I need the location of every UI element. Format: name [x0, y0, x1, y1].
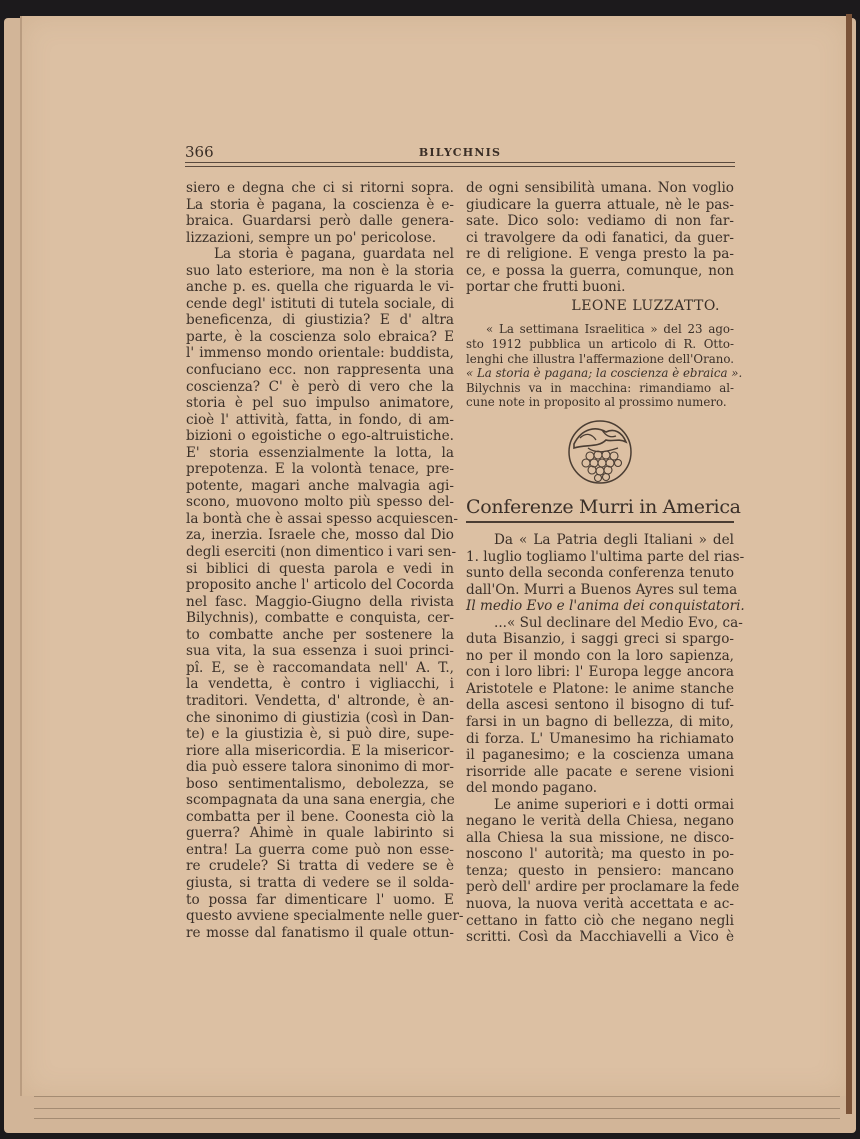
- note-line: « La settimana Israelitica » del 23 ago-: [466, 322, 734, 337]
- text-line: si biblici di questa parola e vedi in: [186, 561, 454, 578]
- text-line: confuciano ecc. non rappresenta una: [186, 362, 454, 379]
- text-line: Il medio Evo e l'anima dei conquistatori…: [466, 598, 734, 615]
- text-line: nel fasc. Maggio-Giugno della rivista: [186, 594, 454, 611]
- text-line: Da « La Patria degli Italiani » del: [466, 532, 734, 549]
- text-line: traditori. Vendetta, d' altronde, è an-: [186, 693, 454, 710]
- note-line: cune note in proposito al prossimo numer…: [466, 395, 734, 410]
- text-line: tenza; questo in pensiero: mancano: [466, 863, 734, 880]
- text-line: della ascesi sentono il bisogno di tuf-: [466, 697, 734, 714]
- section-body: Da « La Patria degli Italiani » del 1. l…: [466, 532, 734, 946]
- text-line: farsi in un bagno di bellezza, di mito,: [466, 714, 734, 731]
- text-line: portar che frutti buoni.: [466, 279, 734, 296]
- text-line: La storia è pagana, la coscienza è e-: [186, 197, 454, 214]
- right-column: de ogni sensibilità umana. Non voglio gi…: [466, 180, 734, 410]
- text-line: re di religione. E venga presto la pa-: [466, 246, 734, 263]
- text-line: coscienza? C' è però di vero che la: [186, 379, 454, 396]
- text-line: cioè l' attività, fatta, in fondo, di am…: [186, 412, 454, 429]
- text-line: sunto della seconda conferenza tenuto: [466, 565, 734, 582]
- text-line: cende degl' istituti di tutela sociale, …: [186, 296, 454, 313]
- text-line: però dell' ardire per proclamare la fede: [466, 879, 734, 896]
- text-line: La storia è pagana, guardata nel: [186, 246, 454, 263]
- text-line: di forza. L' Umanesimo ha richiamato: [466, 731, 734, 748]
- text-line: parte, è la coscienza solo ebraica? E: [186, 329, 454, 346]
- page-edge-line: [34, 1118, 840, 1119]
- text-line: proposito anche l' articolo del Cocorda: [186, 577, 454, 594]
- text-line: anche p. es. quella che riguarda le vi-: [186, 279, 454, 296]
- note-line: Bilychnis va in macchina: rimandiamo al-: [466, 381, 734, 396]
- note-line: sto 1912 pubblica un articolo di R. Otto…: [466, 337, 734, 352]
- text-line: prepotenza. E la volontà tenace, pre-: [186, 461, 454, 478]
- text-line: braica. Guardarsi però dalle genera-: [186, 213, 454, 230]
- text-line: dall'On. Murri a Buenos Ayres sul tema: [466, 582, 734, 599]
- text-line: Aristotele e Platone: le anime stanche: [466, 681, 734, 698]
- text-line: l' immenso mondo orientale: buddista,: [186, 345, 454, 362]
- text-line: ce, e possa la guerra, comunque, non: [466, 263, 734, 280]
- text-line: potente, magari anche malvagia agi-: [186, 478, 454, 495]
- section-title: Conferenze Murri in America: [466, 496, 734, 518]
- text-line: storia è pel suo impulso animatore,: [186, 395, 454, 412]
- text-line: de ogni sensibilità umana. Non voglio: [466, 180, 734, 197]
- text-line: dia può essere talora sinonimo di mor-: [186, 759, 454, 776]
- text-line: za, inerzia. Israele che, mosso dal Dio: [186, 527, 454, 544]
- text-line: riore alla misericordia. E la misericor-: [186, 743, 454, 760]
- section-rule: [466, 521, 734, 525]
- text-line: entra! La guerra come può non esse-: [186, 842, 454, 859]
- author-signature: LEONE LUZZATTO.: [466, 298, 734, 315]
- text-line: con i loro libri: l' Europa legge ancora: [466, 664, 734, 681]
- text-line: re mosse dal fanatismo il quale ottun-: [186, 925, 454, 942]
- text-line: pî. E, se è raccomandata nell' A. T.,: [186, 660, 454, 677]
- note-line: lenghi che illustra l'affermazione dell'…: [466, 352, 734, 367]
- text-line: del mondo pagano.: [466, 780, 734, 797]
- text-line: sate. Dico solo: vediamo di non far-: [466, 213, 734, 230]
- text-line: nuova, la nuova verità accettata e ac-: [466, 896, 734, 913]
- text-line: te) e la giustizia è, si può dire, supe-: [186, 726, 454, 743]
- editorial-note: « La settimana Israelitica » del 23 ago-…: [466, 322, 734, 410]
- text-line: giudicare la guerra attuale, nè le pas-: [466, 197, 734, 214]
- text-line: siero e degna che ci si ritorni sopra.: [186, 180, 454, 197]
- text-line: scritti. Così da Macchiavelli a Vico è: [466, 929, 734, 946]
- note-line: « La storia è pagana; la coscienza è ebr…: [466, 366, 734, 381]
- text-line: to combatte anche per sostenere la: [186, 627, 454, 644]
- text-line: beneficenza, di giustizia? E d' altra: [186, 312, 454, 329]
- text-line: guerra? Ahimè in quale labirinto si: [186, 825, 454, 842]
- grape-cluster-vignette-icon: [566, 418, 634, 486]
- text-line: E' storia essenzialmente la lotta, la: [186, 445, 454, 462]
- text-line: alla Chiesa la sua missione, ne disco-: [466, 830, 734, 847]
- text-line: la vendetta, è contro i vigliacchi, i: [186, 676, 454, 693]
- text-line: 1. luglio togliamo l'ultima parte del ri…: [466, 549, 734, 566]
- text-line: no per il mondo con la loro sapienza,: [466, 648, 734, 665]
- text-line: ...« Sul declinare del Medio Evo, ca-: [466, 615, 734, 632]
- running-title: BILYCHNIS: [185, 146, 735, 159]
- text-line: negano le verità della Chiesa, negano: [466, 813, 734, 830]
- text-line: combatta per il bene. Coonesta ciò la: [186, 809, 454, 826]
- text-line: il paganesimo; e la coscienza umana: [466, 747, 734, 764]
- text-line: suo lato esteriore, ma non è la storia: [186, 263, 454, 280]
- page-edge-line: [34, 1096, 840, 1097]
- text-line: degli eserciti (non dimentico i vari sen…: [186, 544, 454, 561]
- text-line: giusta, si tratta di vedere se il solda-: [186, 875, 454, 892]
- text-line: che sinonimo di giustizia (così in Dan-: [186, 710, 454, 727]
- text-line: boso sentimentalismo, debolezza, se: [186, 776, 454, 793]
- text-line: re crudele? Si tratta di vedere se è: [186, 858, 454, 875]
- text-line: ci travolgere da odi fanatici, da guer-: [466, 230, 734, 247]
- text-line: Bilychnis), combatte e conquista, cer-: [186, 610, 454, 627]
- text-line: questo avviene specialmente nelle guer-: [186, 908, 454, 925]
- text-line: duta Bisanzio, i saggi greci si spargo-: [466, 631, 734, 648]
- text-line: lizzazioni, sempre un po' pericolose.: [186, 230, 454, 247]
- text-line: scono, muovono molto più spesso del-: [186, 494, 454, 511]
- header-rule: [185, 162, 735, 167]
- left-column: siero e degna che ci si ritorni sopra. L…: [186, 180, 454, 941]
- text-line: bizioni o egoistiche o ego-altruistiche.: [186, 428, 454, 445]
- text-line: Le anime superiori e i dotti ormai: [466, 797, 734, 814]
- text-line: sua vita, la sua essenza i suoi princi-: [186, 643, 454, 660]
- text-line: scompagnata da una sana energia, che: [186, 792, 454, 809]
- book-spine-edge: [846, 14, 852, 1114]
- text-line: risorride alle pacate e serene visioni: [466, 764, 734, 781]
- text-line: la bontà che è assai spesso acquiescen-: [186, 511, 454, 528]
- text-line: to possa far dimenticare l' uomo. E: [186, 892, 454, 909]
- text-line: cettano in fatto ciò che negano negli: [466, 913, 734, 930]
- text-line: noscono l' autorità; ma questo in po-: [466, 846, 734, 863]
- page-edge-line: [34, 1108, 840, 1109]
